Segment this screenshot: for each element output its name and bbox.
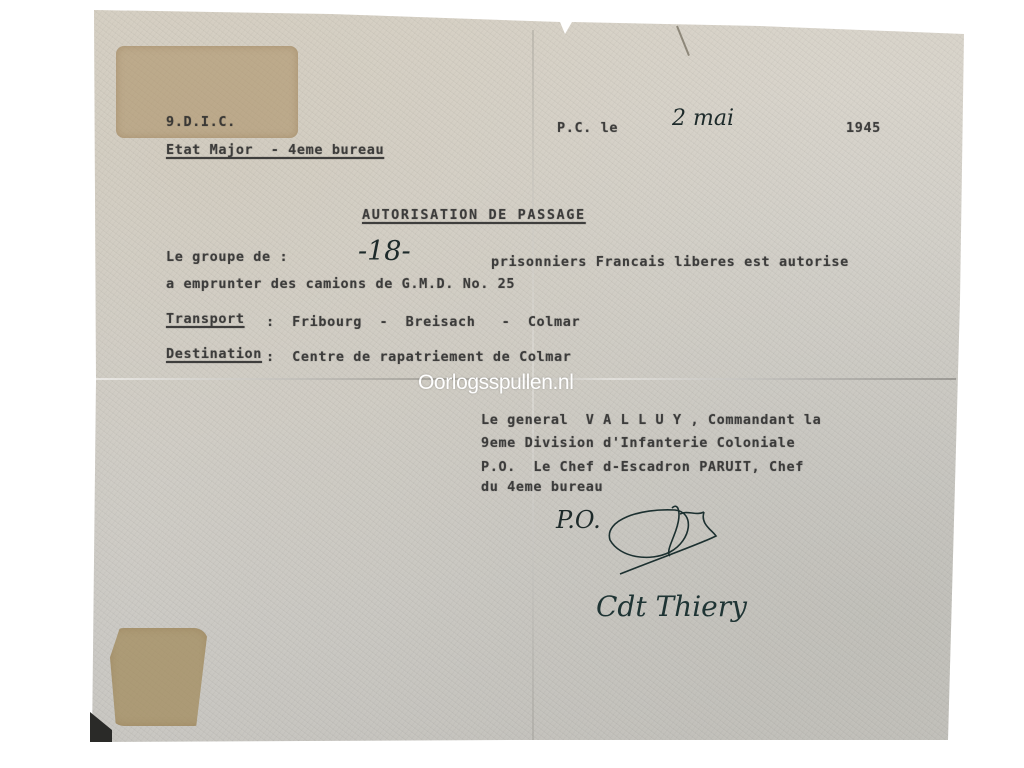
signature-scribble-icon [600,500,730,580]
prisoners-text: prisonniers Francais liberes est autoris… [491,254,849,270]
destination-label: Destination [166,346,262,362]
handwritten-date: 2 mai [672,106,734,131]
document-photo: 9.D.I.C. Etat Major - 4eme bureau P.C. l… [0,0,1024,768]
unit-designation: 9.D.I.C. [166,114,236,130]
document-title: AUTORISATION DE PASSAGE [362,207,586,223]
signature-line-4: du 4eme bureau [481,479,603,495]
destination-value: : Centre de rapatriement de Colmar [266,349,571,365]
year: 1945 [846,120,881,136]
tape-stain-bottom-left [110,628,208,726]
signature-line-3: P.O. Le Chef d-Escadron PARUIT, Chef [481,459,804,475]
signature-line-2: 9eme Division d'Infanterie Coloniale [481,435,795,451]
transport-label: Transport [166,311,245,327]
handwritten-count: -18- [358,236,411,267]
place-prefix: P.C. le [557,120,618,136]
handwritten-po: P.O. [556,506,601,534]
watermark-text: Oorlogsspullen.nl [418,371,573,395]
transport-route: : Fribourg - Breisach - Colmar [266,314,580,330]
office-line: Etat Major - 4eme bureau [166,142,384,158]
handwritten-name: Cdt Thiery [596,590,747,623]
trucks-line: a emprunter des camions de G.M.D. No. 25 [166,276,515,292]
signature-line-1: Le general V A L L U Y , Commandant la [481,412,821,428]
group-label: Le groupe de : [166,249,288,265]
